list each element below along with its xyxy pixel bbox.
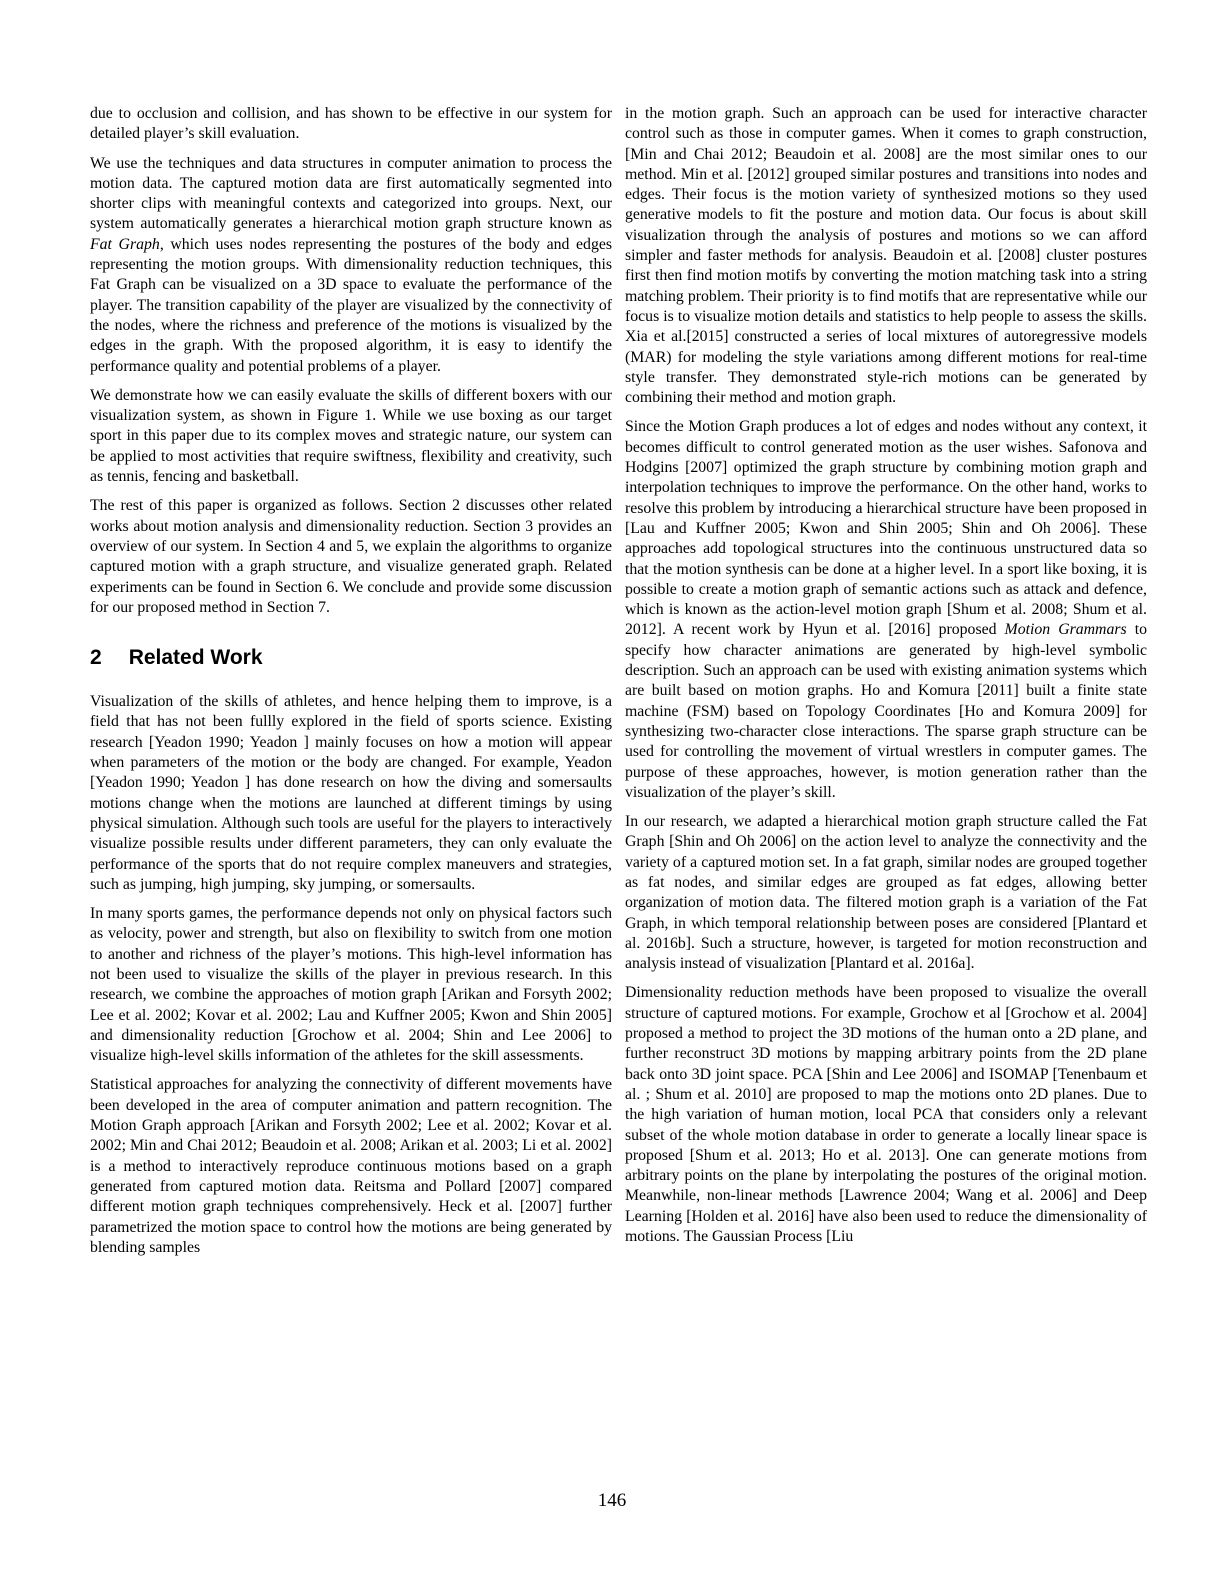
page-number: 146: [0, 1490, 1224, 1512]
paragraph: Statistical approaches for analyzing the…: [90, 1075, 612, 1258]
paragraph: Dimensionality reduction methods have be…: [625, 983, 1147, 1247]
paragraph: In many sports games, the performance de…: [90, 904, 612, 1066]
paper-page: due to occlusion and collision, and has …: [0, 0, 1224, 1584]
paragraph: We demonstrate how we can easily evaluat…: [90, 386, 612, 487]
paragraph: due to occlusion and collision, and has …: [90, 104, 612, 145]
paragraph: We use the techniques and data structure…: [90, 154, 612, 377]
paragraph: Visualization of the skills of athletes,…: [90, 692, 612, 895]
italic-term: Fat Graph: [90, 236, 160, 253]
paragraph: The rest of this paper is organized as f…: [90, 496, 612, 618]
paragraph: Since the Motion Graph produces a lot of…: [625, 417, 1147, 803]
paragraph: in the motion graph. Such an approach ca…: [625, 104, 1147, 408]
section-heading: 2Related Work: [90, 646, 612, 670]
left-column: due to occlusion and collision, and has …: [90, 104, 612, 1267]
section-number: 2: [90, 646, 102, 670]
italic-term: Motion Grammars: [1005, 621, 1127, 638]
right-column: in the motion graph. Such an approach ca…: [625, 104, 1147, 1256]
section-title: Related Work: [129, 646, 263, 669]
paragraph: In our research, we adapted a hierarchic…: [625, 812, 1147, 974]
